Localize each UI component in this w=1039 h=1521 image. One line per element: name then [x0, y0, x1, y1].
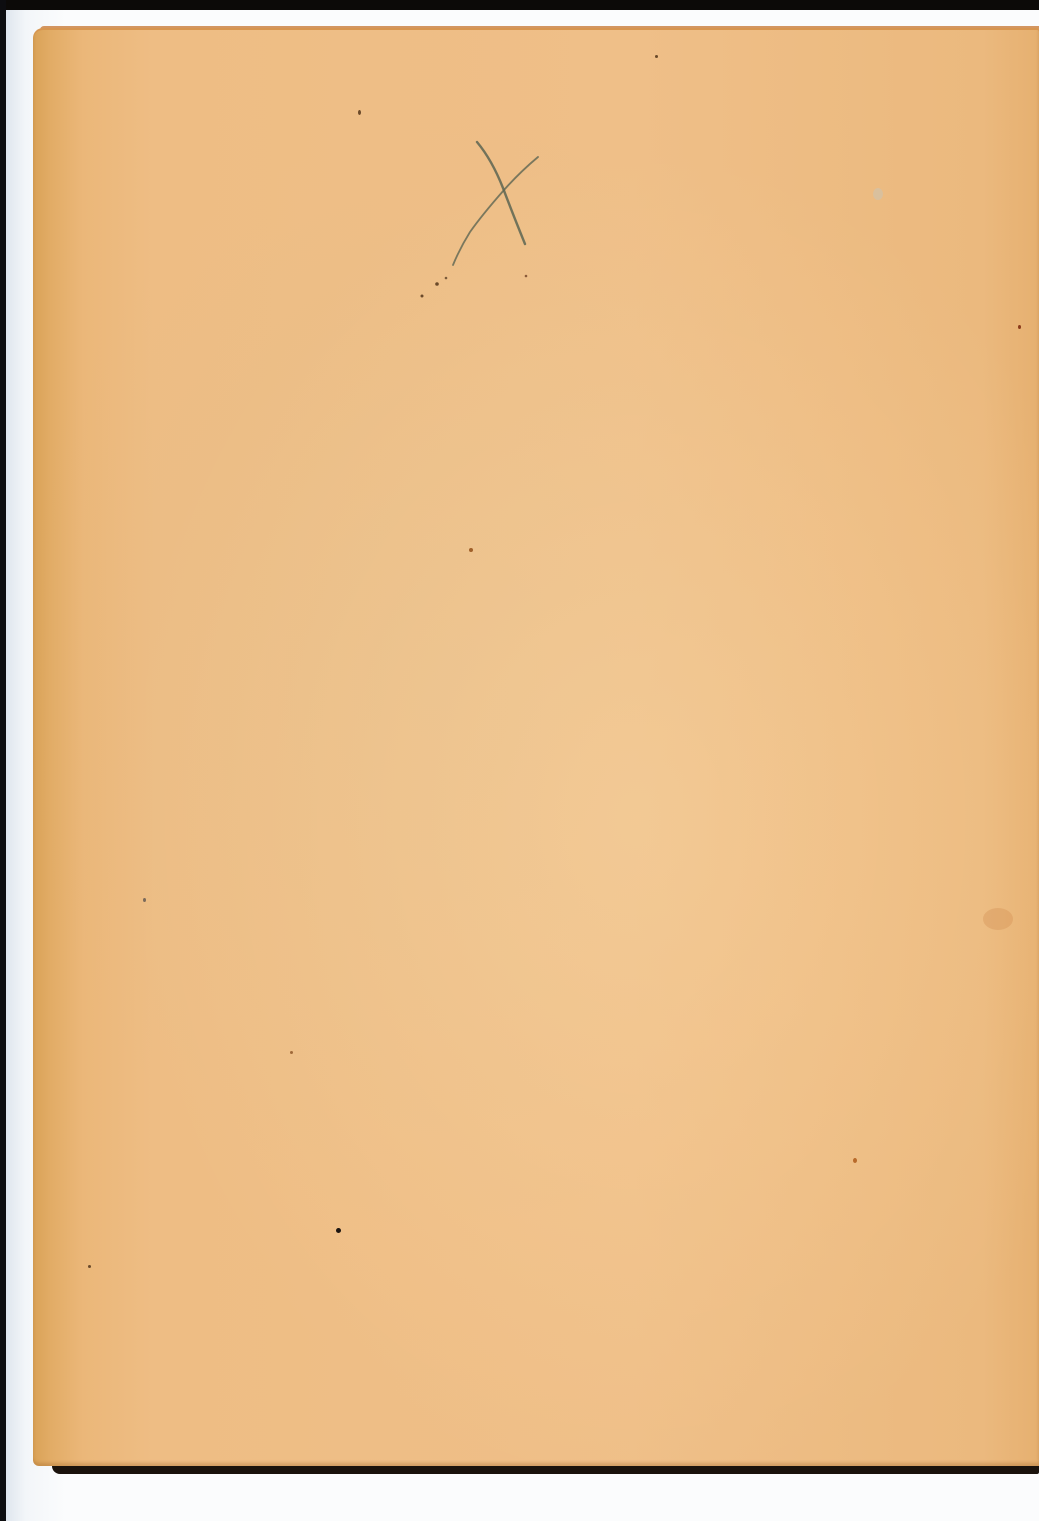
speck	[336, 1228, 341, 1233]
scan-border-top	[0, 0, 1039, 10]
speck	[358, 110, 361, 115]
stain	[983, 908, 1013, 930]
speck	[1018, 325, 1021, 329]
speck	[469, 548, 473, 552]
stain	[873, 188, 883, 200]
speck	[88, 1265, 91, 1268]
speck	[655, 55, 658, 58]
speck	[853, 1158, 857, 1163]
speck	[290, 1051, 293, 1054]
speck	[143, 898, 146, 902]
pencil-x-mark	[420, 120, 580, 320]
